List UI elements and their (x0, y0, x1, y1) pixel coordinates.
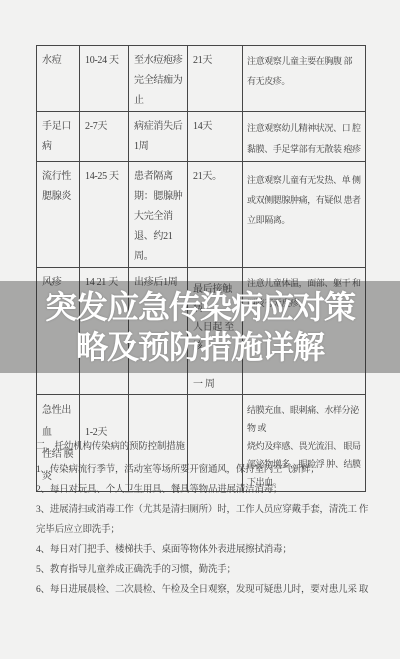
cell-disease: 流行性 腮腺炎 (37, 162, 80, 268)
cell-quarantine: 14天 (188, 112, 243, 162)
prevention-item: 2、每日对玩具、个人卫生用具、餐具等物品进展清洁消毒； (36, 480, 372, 500)
watermark-title-line2: 略及预防措施详解 (0, 327, 400, 367)
cell-observation: 注意观察儿童主要在胸腹 部 有无皮疹。 (243, 46, 366, 112)
cell-quarantine: 21天 (188, 46, 243, 112)
cell-isolation: 病症消失后 1周 (129, 112, 188, 162)
cell-incubation: 10-24 天 (80, 46, 129, 112)
disease-table: 水痘 10-24 天 至水痘疱疹 完全结痂为 止 21天 注意观察儿童主要在胸腹… (36, 45, 366, 492)
prevention-item: 3、进展清扫或消毒工作（尤其是清扫厕所）时，工作人员应穿戴手套，清洗工 作 完毕… (36, 500, 372, 540)
cell-observation: 注意观察儿童有无发热、单 侧 或双侧腮腺肿痛，有疑似 患者 立即隔离。 (243, 162, 366, 268)
prevention-item: 6、每日进展晨检、二次晨检、午检及全日观察，发现可疑患儿时，要对患儿采 取 (36, 580, 372, 600)
cell-isolation: 患者隔离 期：腮腺肿 大完全消 退、约21 周。 (129, 162, 188, 268)
cell-incubation: 14-25 天 (80, 162, 129, 268)
cell-quarantine: 21天。 (188, 162, 243, 268)
watermark-title-line1: 突发应急传染病应对策 (0, 287, 400, 327)
cell-isolation: 至水痘疱疹 完全结痂为 止 (129, 46, 188, 112)
table-row: 流行性 腮腺炎 14-25 天 患者隔离 期：腮腺肿 大完全消 退、约21 周。… (37, 162, 366, 268)
prevention-section: 二、托幼机构传染病的预防控制措施 1、传染病流行季节，活动室等场所要开窗通风，保… (36, 437, 372, 600)
cell-disease: 水痘 (37, 46, 80, 112)
document-page: 水痘 10-24 天 至水痘疱疹 完全结痂为 止 21天 注意观察儿童主要在胸腹… (0, 0, 400, 659)
section-heading: 二、托幼机构传染病的预防控制措施 (36, 437, 372, 457)
table-row: 水痘 10-24 天 至水痘疱疹 完全结痂为 止 21天 注意观察儿童主要在胸腹… (37, 46, 366, 112)
cell-incubation: 2-7天 (80, 112, 129, 162)
prevention-item: 1、传染病流行季节，活动室等场所要开窗通风，保持室内空气新鲜； (36, 460, 372, 480)
cell-disease: 手足口 病 (37, 112, 80, 162)
watermark-overlay: 突发应急传染病应对策 略及预防措施详解 (0, 281, 400, 373)
prevention-item: 4、每日对门把手、楼梯扶手、桌面等物体外表进展擦拭消毒； (36, 540, 372, 560)
cell-observation: 注意观察幼儿精神状况、口 腔 黏膜、手足掌部有无散装 疱疹 (243, 112, 366, 162)
prevention-item: 5、教育指导儿童养成正确洗手的习惯，勤洗手； (36, 560, 372, 580)
table-row: 手足口 病 2-7天 病症消失后 1周 14天 注意观察幼儿精神状况、口 腔 黏… (37, 112, 366, 162)
